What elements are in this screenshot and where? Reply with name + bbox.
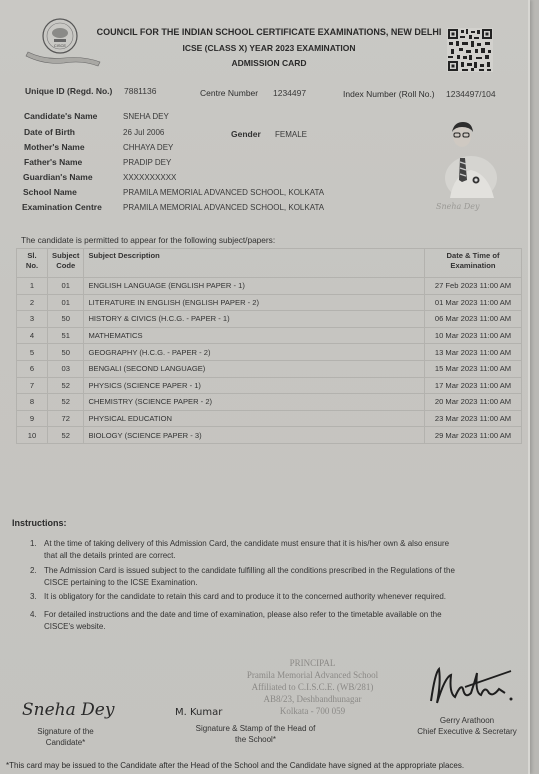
council-title: COUNCIL FOR THE INDIAN SCHOOL CERTIFICAT… <box>94 27 444 37</box>
instruction-text: For detailed instructions and the date a… <box>44 609 520 633</box>
cell-sl-no: 9 <box>17 410 48 427</box>
table-row: 451MATHEMATICS10 Mar 2023 11:00 AM <box>17 327 522 344</box>
cell-exam-date: 01 Mar 2023 11:00 AM <box>425 294 522 311</box>
caption-line: Signature of the <box>18 726 113 737</box>
cell-sl-no: 7 <box>17 377 48 394</box>
cell-subject-code: 01 <box>48 294 84 311</box>
subjects-intro: The candidate is permitted to appear for… <box>21 235 275 245</box>
mother-name-label: Mother's Name <box>24 142 85 152</box>
instruction-line: It is obligatory for the candidate to re… <box>44 591 520 603</box>
cell-subject-code: 50 <box>48 344 84 361</box>
table-row: 550GEOGRAPHY (H.C.G. - PAPER - 2)13 Mar … <box>17 344 522 361</box>
caption-line: the School* <box>183 734 328 745</box>
instruction-item: 4.For detailed instructions and the date… <box>30 609 520 633</box>
cell-subject-code: 51 <box>48 327 84 344</box>
subjects-table: Sl.No. SubjectCode Subject Description D… <box>16 248 522 444</box>
cell-sl-no: 3 <box>17 311 48 328</box>
instruction-item: 2.The Admission Card is issued subject t… <box>30 565 520 589</box>
cell-subject-code: 01 <box>48 278 84 295</box>
instruction-line: CISCE pertaining to the ICSE Examination… <box>44 577 520 589</box>
cell-sl-no: 8 <box>17 394 48 411</box>
guardian-name-label: Guardian's Name <box>23 172 93 182</box>
stamp-line: Kolkata - 700 059 <box>225 705 400 717</box>
gender-value: FEMALE <box>275 130 307 139</box>
header-sl-no: Sl.No. <box>17 249 48 278</box>
cell-exam-date: 17 Mar 2023 11:00 AM <box>425 377 522 394</box>
cell-subject-code: 72 <box>48 410 84 427</box>
centre-number-label: Centre Number <box>200 88 258 98</box>
head-signature: M. Kumar <box>175 707 222 718</box>
instruction-number: 2. <box>30 565 37 577</box>
table-row: 1052BIOLOGY (SCIENCE PAPER - 3)29 Mar 20… <box>17 427 522 444</box>
school-name-value: PRAMILA MEMORIAL ADVANCED SCHOOL, KOLKAT… <box>123 188 324 197</box>
header-subject-description: Subject Description <box>84 249 425 278</box>
chief-executive-signature <box>425 663 520 711</box>
cell-exam-date: 06 Mar 2023 11:00 AM <box>425 311 522 328</box>
photo-signature: Sneha Dey <box>436 202 480 211</box>
cell-sl-no: 2 <box>17 294 48 311</box>
stamp-line: Pramila Memorial Advanced School <box>225 669 400 681</box>
table-row: 603BENGALI (SECOND LANGUAGE)15 Mar 2023 … <box>17 360 522 377</box>
cell-subject-description: BENGALI (SECOND LANGUAGE) <box>84 360 425 377</box>
instruction-line: At the time of taking delivery of this A… <box>44 538 520 550</box>
centre-number-value: 1234497 <box>273 88 306 98</box>
unique-id-label: Unique ID (Regd. No.) <box>25 86 112 96</box>
exam-title: ICSE (CLASS X) YEAR 2023 EXAMINATION <box>94 43 444 53</box>
cell-exam-date: 15 Mar 2023 11:00 AM <box>425 360 522 377</box>
caption-line: Candidate* <box>18 737 113 748</box>
qr-code-icon <box>447 28 493 72</box>
table-row: 201LITERATURE IN ENGLISH (ENGLISH PAPER … <box>17 294 522 311</box>
cell-sl-no: 5 <box>17 344 48 361</box>
instruction-line: CISCE's website. <box>44 621 520 633</box>
cell-subject-code: 52 <box>48 377 84 394</box>
instruction-number: 4. <box>30 609 37 621</box>
cell-exam-date: 10 Mar 2023 11:00 AM <box>425 327 522 344</box>
head-signature-caption: Signature & Stamp of the Head of the Sch… <box>183 723 328 745</box>
exam-centre-value: PRAMILA MEMORIAL ADVANCED SCHOOL, KOLKAT… <box>123 203 324 212</box>
mother-name-value: CHHAYA DEY <box>123 143 173 152</box>
footnote: *This card may be issued to the Candidat… <box>6 761 464 770</box>
cell-subject-description: LITERATURE IN ENGLISH (ENGLISH PAPER - 2… <box>84 294 425 311</box>
table-row: 752PHYSICS (SCIENCE PAPER - 1)17 Mar 202… <box>17 377 522 394</box>
table-row: 972PHYSICAL EDUCATION23 Mar 2023 11:00 A… <box>17 410 522 427</box>
exam-centre-label: Examination Centre <box>22 202 102 212</box>
candidate-name-value: SNEHA DEY <box>123 112 169 121</box>
candidate-name-label: Candidate's Name <box>24 111 97 121</box>
cell-subject-code: 50 <box>48 311 84 328</box>
cell-subject-description: CHEMISTRY (SCIENCE PAPER - 2) <box>84 394 425 411</box>
instruction-text: It is obligatory for the candidate to re… <box>44 591 520 603</box>
stamp-line: AB8/23, Deshbandhunagar <box>225 693 400 705</box>
cell-exam-date: 23 Mar 2023 11:00 AM <box>425 410 522 427</box>
chief-executive-title: Chief Executive & Secretary <box>412 726 522 737</box>
caption-line: Signature & Stamp of the Head of <box>183 723 328 734</box>
cell-subject-description: PHYSICAL EDUCATION <box>84 410 425 427</box>
cell-subject-description: ENGLISH LANGUAGE (ENGLISH PAPER - 1) <box>84 278 425 295</box>
instruction-number: 3. <box>30 591 37 603</box>
cell-sl-no: 6 <box>17 360 48 377</box>
chief-executive-caption: Gerry Arathoon Chief Executive & Secreta… <box>412 715 522 737</box>
cell-exam-date: 27 Feb 2023 11:00 AM <box>425 278 522 295</box>
table-row: 101ENGLISH LANGUAGE (ENGLISH PAPER - 1)2… <box>17 278 522 295</box>
cell-subject-description: BIOLOGY (SCIENCE PAPER - 3) <box>84 427 425 444</box>
cell-subject-code: 03 <box>48 360 84 377</box>
instruction-number: 1. <box>30 538 37 550</box>
table-row: 852CHEMISTRY (SCIENCE PAPER - 2)20 Mar 2… <box>17 394 522 411</box>
instruction-text: The Admission Card is issued subject to … <box>44 565 520 589</box>
stamp-line: Affiliated to C.I.S.C.E. (WB/281) <box>225 681 400 693</box>
cell-subject-description: PHYSICS (SCIENCE PAPER - 1) <box>84 377 425 394</box>
cell-subject-code: 52 <box>48 394 84 411</box>
header-subject-code: SubjectCode <box>48 249 84 278</box>
candidate-signature: Sneha Dey <box>22 700 114 720</box>
unique-id-value: 7881136 <box>124 86 156 96</box>
guardian-name-value: XXXXXXXXXX <box>123 173 176 182</box>
stamp-line: PRINCIPAL <box>225 657 400 669</box>
cell-subject-description: MATHEMATICS <box>84 327 425 344</box>
instruction-item: 1.At the time of taking delivery of this… <box>30 538 520 562</box>
cell-exam-date: 29 Mar 2023 11:00 AM <box>425 427 522 444</box>
instruction-item: 3.It is obligatory for the candidate to … <box>30 591 520 603</box>
cell-sl-no: 10 <box>17 427 48 444</box>
index-number-value: 1234497/104 <box>446 89 496 99</box>
header-exam-date: Date & Time ofExamination <box>425 249 522 278</box>
candidate-signature-caption: Signature of the Candidate* <box>18 726 113 748</box>
dob-label: Date of Birth <box>24 127 75 137</box>
cell-sl-no: 4 <box>17 327 48 344</box>
cell-sl-no: 1 <box>17 278 48 295</box>
table-header-row: Sl.No. SubjectCode Subject Description D… <box>17 249 522 278</box>
father-name-label: Father's Name <box>24 157 82 167</box>
cell-exam-date: 20 Mar 2023 11:00 AM <box>425 394 522 411</box>
gender-label: Gender <box>231 129 261 139</box>
principal-stamp: PRINCIPAL Pramila Memorial Advanced Scho… <box>225 657 400 717</box>
dob-value: 26 Jul 2006 <box>123 128 164 137</box>
father-name-value: PRADIP DEY <box>123 158 171 167</box>
instruction-line: For detailed instructions and the date a… <box>44 609 520 621</box>
index-number-label: Index Number (Roll No.) <box>343 89 435 99</box>
instruction-text: At the time of taking delivery of this A… <box>44 538 520 562</box>
school-name-label: School Name <box>23 187 77 197</box>
document-title: ADMISSION CARD <box>94 58 444 68</box>
cell-subject-code: 52 <box>48 427 84 444</box>
cisce-logo-icon: CISCE <box>24 14 104 68</box>
chief-executive-name: Gerry Arathoon <box>412 715 522 726</box>
candidate-photo <box>440 118 502 198</box>
instruction-line: The Admission Card is issued subject to … <box>44 565 520 577</box>
instructions-title: Instructions: <box>12 518 67 528</box>
table-row: 350HISTORY & CIVICS (H.C.G. - PAPER - 1)… <box>17 311 522 328</box>
cell-subject-description: GEOGRAPHY (H.C.G. - PAPER - 2) <box>84 344 425 361</box>
cell-exam-date: 13 Mar 2023 11:00 AM <box>425 344 522 361</box>
admission-card: CISCE COUNCIL FOR THE INDIAN SCHOOL CERT… <box>0 0 530 774</box>
instruction-line: that all the details printed are correct… <box>44 550 520 562</box>
cell-subject-description: HISTORY & CIVICS (H.C.G. - PAPER - 1) <box>84 311 425 328</box>
svg-text:CISCE: CISCE <box>54 43 67 48</box>
